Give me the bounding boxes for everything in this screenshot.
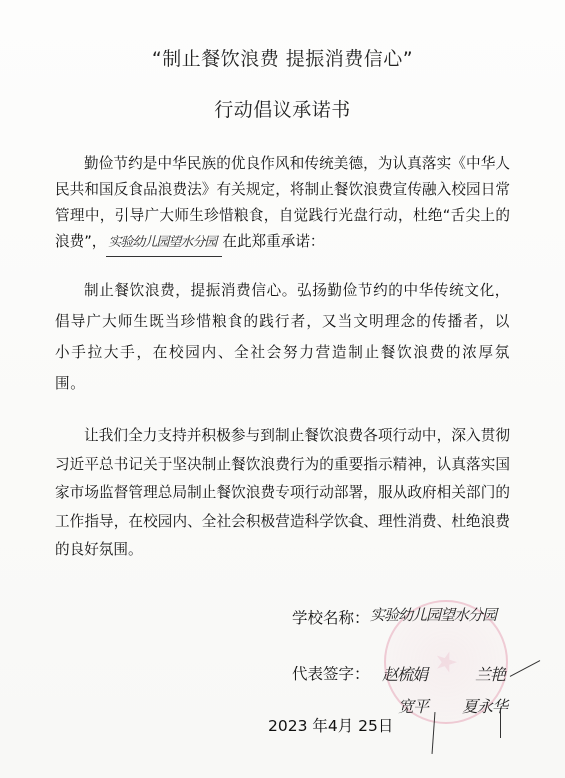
paragraph-action: 让我们全力支持并积极参与到制止餐饮浪费各项行动中，深入贯彻习近平总书记关于坚决制…: [55, 422, 510, 565]
handwritten-school-name-blank: 实验幼儿园望水分园: [106, 230, 222, 257]
document-subtitle: 行动倡议承诺书: [0, 95, 565, 122]
signature-3: 宽平: [398, 694, 428, 717]
document-date: 2023 年4月 25日: [268, 714, 393, 736]
scanned-document-page: “制止餐饮浪费 提振消费信心” 行动倡议承诺书 勤俭节约是中华民族的优良作风和传…: [0, 0, 565, 778]
signature-1: 赵梳娟: [382, 662, 427, 685]
paragraph-commitment: 制止餐饮浪费，提振消费信心。弘扬勤俭节约的中华传统文化，倡导广大师生既当珍惜粮食…: [55, 275, 510, 399]
signature-flourish: [510, 660, 540, 677]
document-title: “制止餐饮浪费 提振消费信心”: [0, 44, 565, 71]
signature-stroke: [500, 708, 501, 738]
paragraph-intro: 勤俭节约是中华民族的优良作风和传统美德，为认真落实《中华人民共和国反食品浪费法》…: [55, 151, 510, 257]
intro-text-end: 在此郑重承诺：: [222, 233, 324, 250]
representative-signature-label: 代表签字：: [292, 662, 370, 684]
school-name-label: 学校名称：: [292, 606, 370, 628]
signature-2: 兰艳: [475, 662, 505, 685]
handwritten-school-name: 实验幼儿园望水分园: [370, 604, 496, 625]
